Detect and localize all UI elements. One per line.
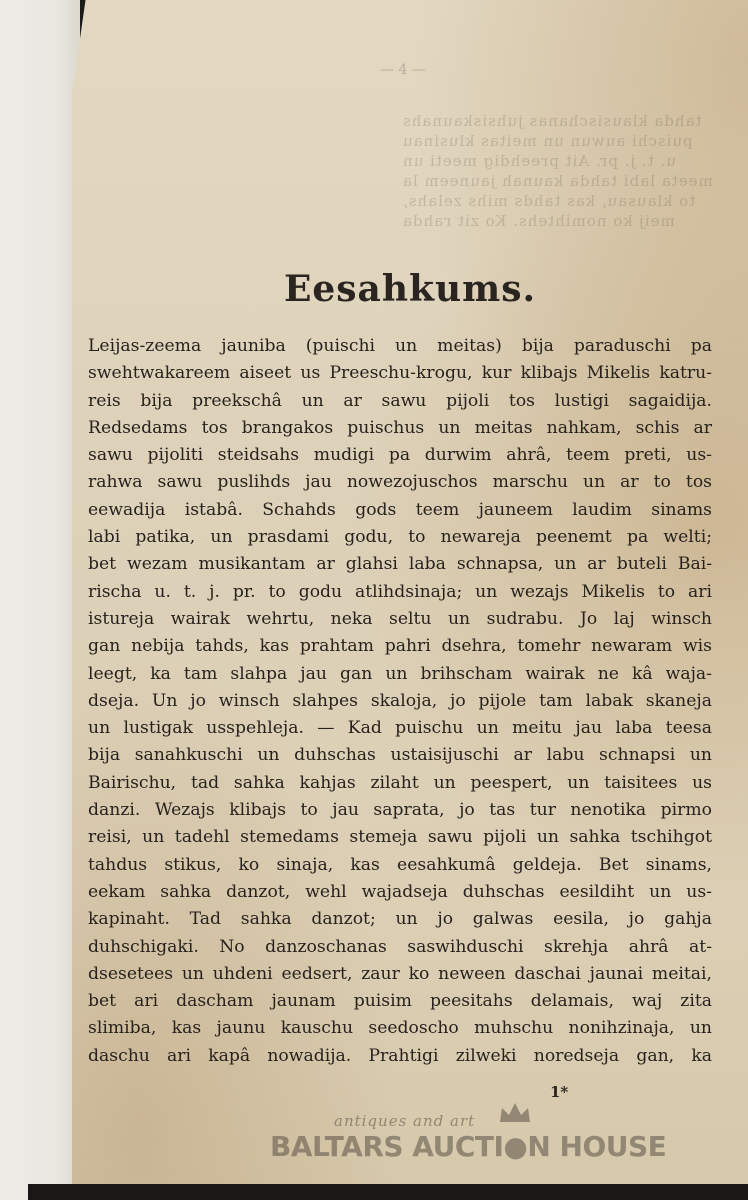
crown-icon <box>498 1102 532 1124</box>
ghost-line: tahda klausischanas juhsiskaunahs <box>402 112 702 130</box>
text-line: swehtwakareem aiseet us Preeschu-krogu, … <box>88 360 712 387</box>
text-line: gan nebija tahds, kas prahtam pahri dseh… <box>88 633 712 660</box>
text-line: Leijas-zeema jauniba (puischi un meitas)… <box>88 333 712 360</box>
text-line: bija sanahkuschi un duhschas ustaisijusc… <box>88 742 712 769</box>
text-line: duhschigaki. No danzoschanas saswihdusch… <box>88 934 712 961</box>
text-line: reisi, un tadehl stemedams stemeja sawu … <box>88 824 712 851</box>
text-line: leegt, ka tam slahpa jau gan un brihscha… <box>88 661 712 688</box>
auction-house-watermark: antiques and art BALTARS AUCTI●N HOUSE <box>270 1102 670 1172</box>
watermark-brand: BALTARS AUCTI●N HOUSE <box>270 1130 666 1163</box>
facing-page-edge <box>0 0 80 1200</box>
ghost-line: meij ko nomihtehs. Ko zit rahda <box>402 212 675 230</box>
ghost-line: puischi auwun un meitas klusinau <box>402 132 693 150</box>
text-line: slimiba, kas jaunu kauschu seedoscho muh… <box>88 1015 712 1042</box>
chapter-title: Eesahkums. <box>72 268 748 310</box>
text-line: un lustigak usspehleja. — Kad puischu un… <box>88 715 712 742</box>
ghost-line: meeta labi tahda kaunah jauneem la <box>402 172 713 190</box>
text-line: istureja wairak wehrtu, neka seltu un su… <box>88 606 712 633</box>
text-line: reis bija preekschâ un ar sawu pijoli to… <box>88 388 712 415</box>
printer-signature-mark: 1* <box>550 1083 568 1101</box>
ghost-page-number: — 4 — <box>380 62 426 78</box>
body-paragraph: Leijas-zeema jauniba (puischi un meitas)… <box>88 333 712 1070</box>
book-edge-shadow <box>28 1184 748 1200</box>
text-line: kapinaht. Tad sahka danzot; un jo galwas… <box>88 906 712 933</box>
book-page: — 4 — tahda klausischanas juhsiskaunahs … <box>72 0 748 1188</box>
text-line: rahwa sawu puslihds jau nowezojuschos ma… <box>88 469 712 496</box>
text-line: eekam sahka danzot, wehl wajadseja duhsc… <box>88 879 712 906</box>
text-line: eewadija istabâ. Schahds gods teem jaune… <box>88 497 712 524</box>
text-line: dseja. Un jo winsch slahpes skaloja, jo … <box>88 688 712 715</box>
text-line: dsesetees un uhdeni eedsert, zaur ko new… <box>88 961 712 988</box>
ghost-line: to klausau, kas tahds mihs zelahs, <box>402 192 695 210</box>
text-line: sawu pijoliti steidsahs mudigi pa durwim… <box>88 442 712 469</box>
text-line: labi patika, un prasdami godu, to neware… <box>88 524 712 551</box>
text-line: danzi. Wezajs klibajs to jau saprata, jo… <box>88 797 712 824</box>
text-line: Bairischu, tad sahka kahjas zilaht un pe… <box>88 770 712 797</box>
text-line: bet wezam musikantam ar glahsi laba schn… <box>88 551 712 578</box>
ghost-line: u. t. j. pr. Ait preehdig meeti un <box>402 152 676 170</box>
text-line: tahdus stikus, ko sinaja, kas eesahkumâ … <box>88 852 712 879</box>
text-line: rischa u. t. j. pr. to godu atlihdsinaja… <box>88 579 712 606</box>
text-line: Redsedams tos brangakos puischus un meit… <box>88 415 712 442</box>
text-line: bet ari dascham jaunam puisim peesitahs … <box>88 988 712 1015</box>
text-line: daschu ari kapâ nowadija. Prahtigi zilwe… <box>88 1043 712 1070</box>
watermark-tagline: antiques and art <box>334 1112 475 1130</box>
